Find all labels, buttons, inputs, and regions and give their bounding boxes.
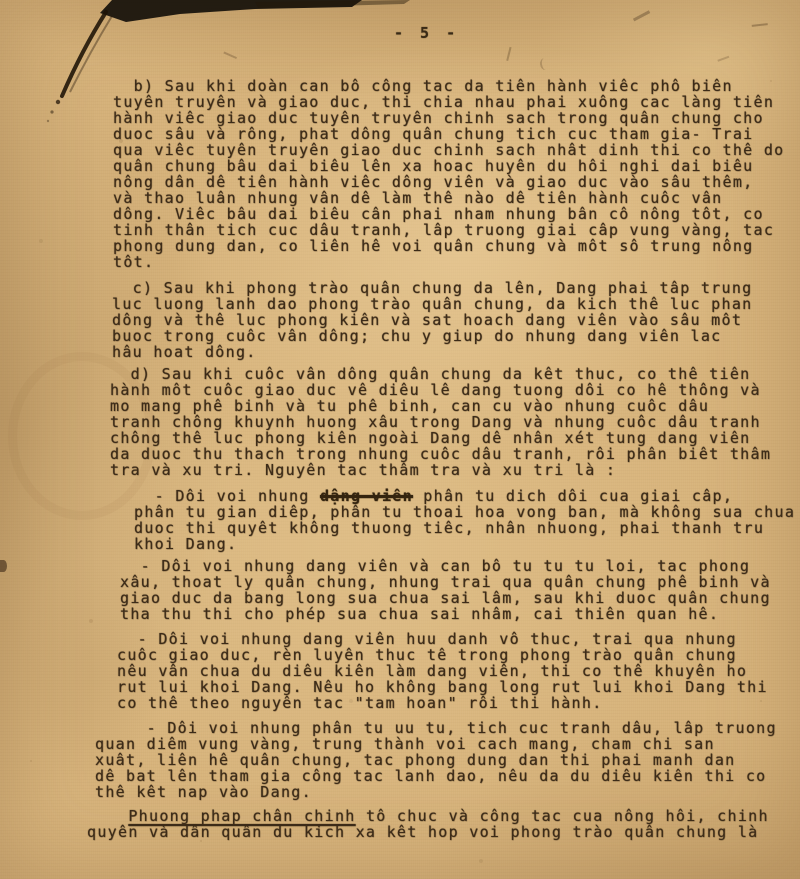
ink-smudge: [752, 23, 769, 32]
page-number: - 5 -: [394, 24, 459, 42]
ink-smudge: [715, 48, 730, 62]
paragraph-closing: Phuong phap chân chinh tô chuc và công t…: [87, 808, 769, 840]
ink-smudge: [633, 10, 653, 26]
paragraph-bullet-2: - Dôi voi nhung dang viên và can bô tu t…: [120, 558, 771, 622]
paragraph-bullet-3: - Dôi voi nhung dang viên huu danh vô th…: [117, 631, 768, 711]
ink-smudge: [498, 45, 511, 61]
paragraph-bullet-1: - Dôi voi nhung dậng viên phân tu dich d…: [134, 488, 795, 552]
paper-speckles: [0, 0, 2, 2]
paragraph-b: b) Sau khi doàn can bô công tac da tiên …: [113, 78, 785, 270]
scanned-document-page: - 5 - b) Sau khi doàn can bô công tac da…: [0, 0, 800, 879]
paragraph-d: d) Sau khi cuôc vân dông quân chung da k…: [110, 366, 771, 478]
paragraph-c: c) Sau khi phong trào quân chung da lên,…: [112, 280, 753, 360]
page-edge-mark: [0, 560, 7, 572]
ink-smudge: [539, 57, 551, 70]
paragraph-bullet-4: - Dôi voi nhung phân tu uu tu, tich cuc …: [95, 720, 777, 800]
